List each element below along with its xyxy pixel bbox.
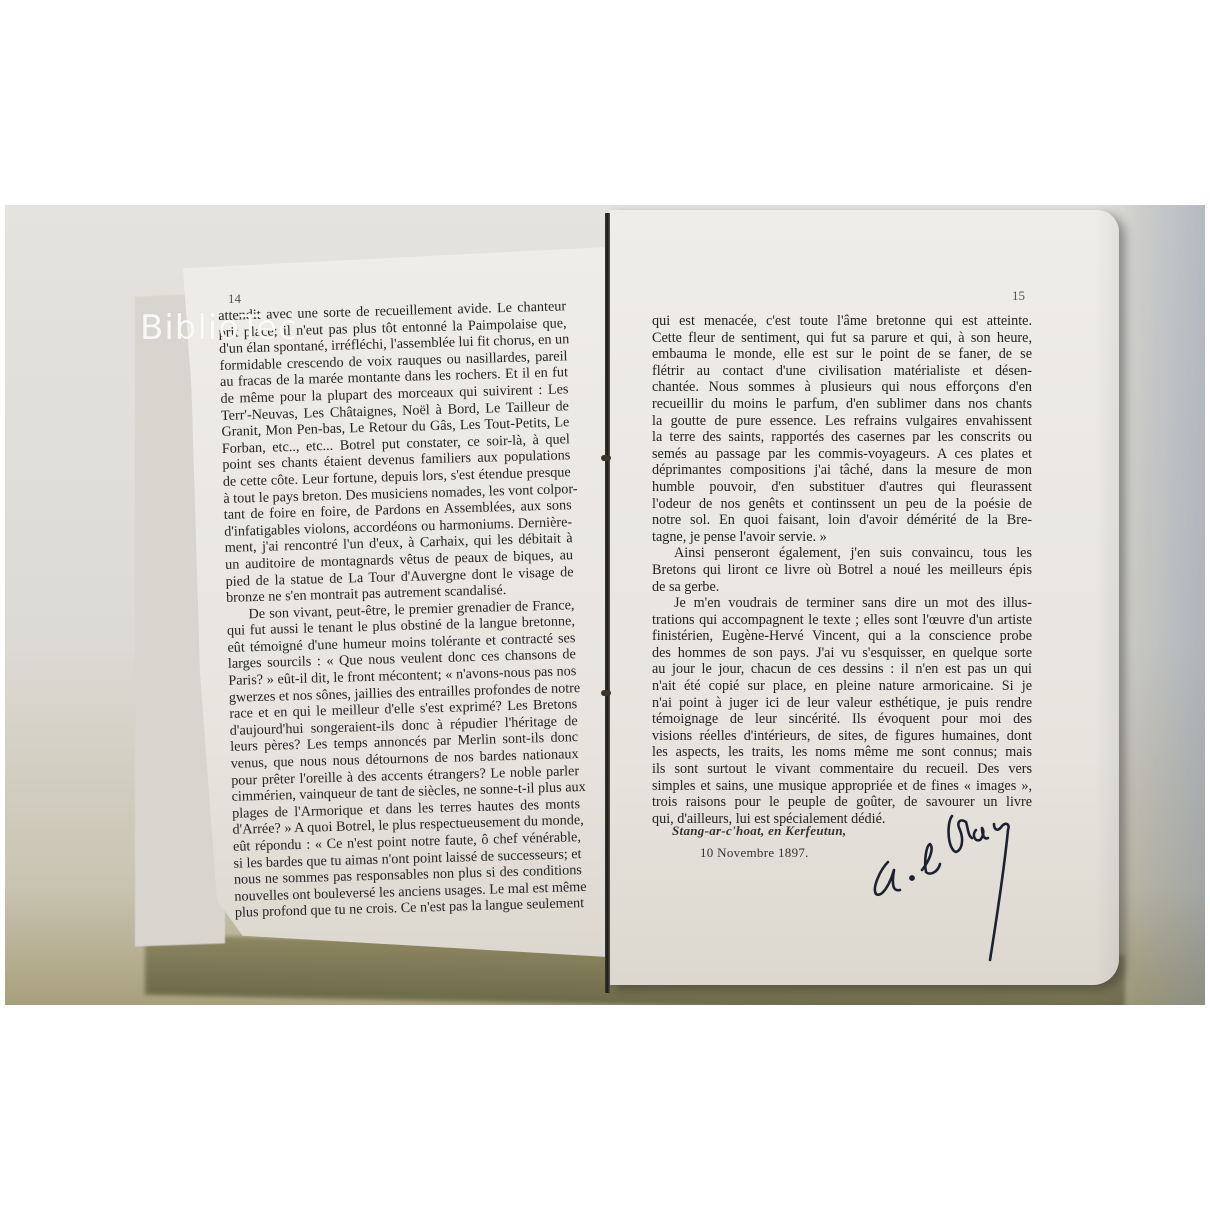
left-page-number: 14 — [228, 291, 241, 307]
binding-stitch — [601, 455, 611, 461]
text-line: témoignage de leur sincérité. Ils évoque… — [652, 711, 1032, 728]
text-line: semés au passage par les commis-voyageur… — [652, 446, 1032, 463]
text-line: Cette fleur de sentiment, qui fut sa par… — [652, 330, 1032, 347]
text-line: déprimantes compositions j'ai tâché, dan… — [652, 462, 1032, 479]
text-line: au jour le jour, chacun de ces dessins :… — [652, 661, 1032, 678]
watermark-logo: BiblioTec — [140, 308, 298, 348]
text-line: notre sol. En quoi faisant, loin d'avoir… — [652, 512, 1032, 529]
text-line: ils sont surtout le vivant commentaire d… — [652, 761, 1032, 778]
book-spine-gutter — [605, 213, 610, 993]
text-line: visions réelles d'intérieurs, de sites, … — [652, 728, 1032, 745]
text-line: recueillir du moins le parfum, d'en subl… — [652, 396, 1032, 413]
text-line: la terre des saints, rapportés des caser… — [652, 429, 1032, 446]
text-line: simples et sains, une musique appropriée… — [652, 778, 1032, 795]
text-line: Bretons qui liront ce livre où Botrel a … — [652, 562, 1032, 579]
text-line: de sa gerbe. — [652, 579, 1032, 596]
text-line: humble pouvoir, d'en substituer d'autres… — [652, 479, 1032, 496]
text-line: l'odeur de nos genêts et continssent un … — [652, 496, 1032, 513]
right-page-text: qui est menacée, c'est toute l'âme breto… — [652, 313, 1032, 827]
text-line: les aspects, les traits, les noms même m… — [652, 744, 1032, 761]
signoff-date: 10 Novembre 1897. — [700, 845, 809, 861]
text-line: Ainsi penseront également, j'en suis con… — [652, 545, 1032, 562]
text-line: n'ait été copié sur place, en pleine nat… — [652, 678, 1032, 695]
signoff-place: Stang-ar-c'hoat, en Kerfeutun, — [672, 823, 846, 839]
text-line: des hommes de son pays. J'ai vu s'esquis… — [652, 645, 1032, 662]
text-line: chantée. Nous sommes à plusieurs qui nou… — [652, 379, 1032, 396]
right-page-number: 15 — [1012, 288, 1025, 304]
binding-stitch — [601, 690, 611, 696]
text-line: flétrir au contact d'une civilisation ma… — [652, 363, 1032, 380]
left-page-text: attendit avec une sorte de recueillement… — [218, 298, 583, 921]
text-line: qui est menacée, c'est toute l'âme breto… — [652, 313, 1032, 330]
text-line: finistérien, Eugène-Hervé Vincent, qui a… — [652, 628, 1032, 645]
text-line: tagne, je pense l'avoir servie. » — [652, 529, 1032, 546]
text-line: embauma le monde, elle est sur le point … — [652, 346, 1032, 363]
text-line: Je m'en voudrais de terminer sans dire u… — [652, 595, 1032, 612]
text-line: la goutte de pure essence. Les refrains … — [652, 413, 1032, 430]
handwritten-signature — [860, 800, 1040, 970]
text-line: n'ai point à juger ici de leur valeur es… — [652, 695, 1032, 712]
text-line: trations qui accompagnent le texte ; ell… — [652, 612, 1032, 629]
